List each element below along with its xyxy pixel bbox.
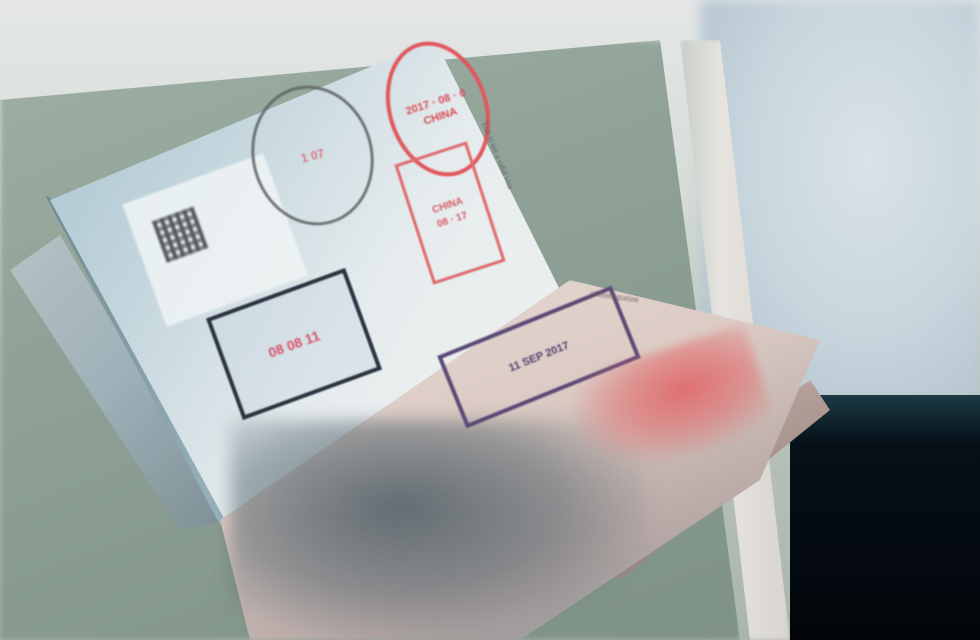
passport-photo: 1 07 2017 · 08 · 0 CHINA CHINA 08 · 17 0… (0, 0, 980, 640)
blue-stamp-text: 08 08 11 (266, 327, 322, 360)
round-stamp-text: 1 07 (299, 146, 325, 166)
purple-stamp-date: 11 SEP 2017 (507, 339, 571, 374)
qr-code-icon (152, 206, 208, 262)
dark-corner (790, 395, 980, 640)
